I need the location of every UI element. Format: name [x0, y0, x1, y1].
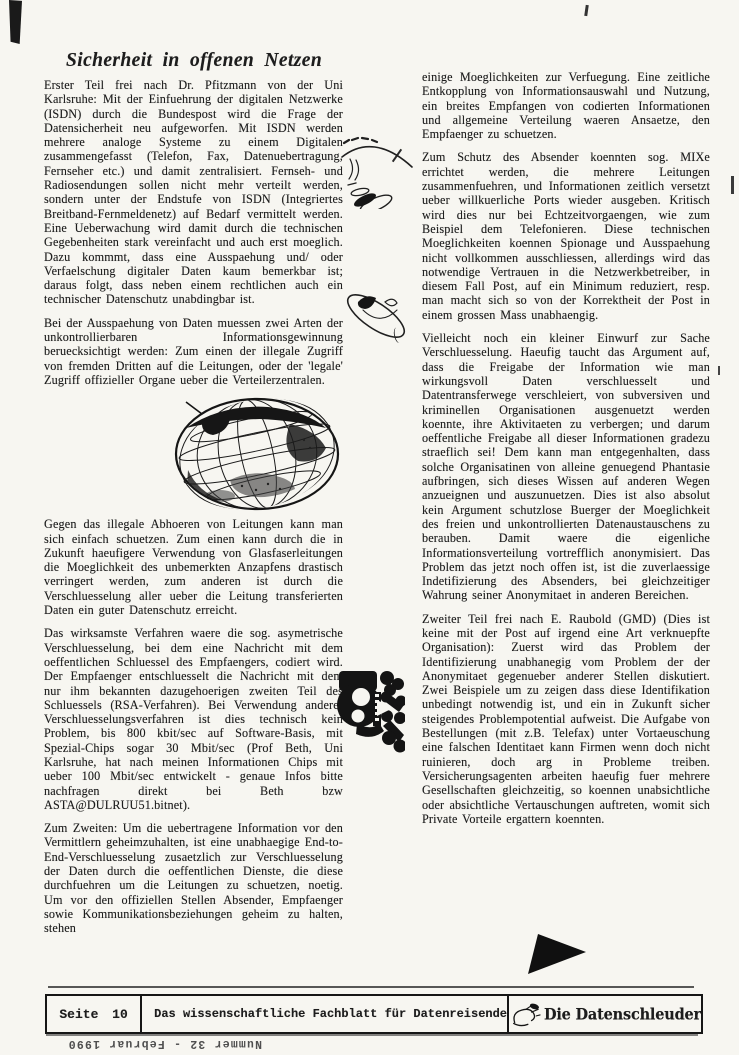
footer-tagline: Das wissenschaftliche Fachblatt für Date…: [142, 996, 507, 1032]
paragraph: Erster Teil frei nach Dr. Pfitzmann von …: [44, 78, 343, 307]
right-column: einige Moeglichkeiten zur Verfuegung. Ei…: [422, 70, 710, 835]
globe-illustration: [172, 396, 342, 512]
skull-crossbones-icon: [335, 670, 405, 754]
page-number: Seite 10: [47, 996, 142, 1032]
footer-bar: Seite 10 Das wissenschaftliche Fachblatt…: [45, 994, 703, 1034]
scan-artifact: [9, 0, 22, 44]
oval-doodle-icon: [345, 288, 409, 346]
arrow-right-icon: [528, 934, 586, 974]
scan-artifact: [718, 366, 720, 375]
footer-rule-top: [48, 986, 694, 988]
paragraph: einige Moeglichkeiten zur Verfuegung. Ei…: [422, 70, 710, 141]
magazine-logo: Die Datenschleuder: [507, 996, 701, 1032]
scan-artifact: [584, 5, 589, 16]
paragraph: Vielleicht noch ein kleiner Einwurf zur …: [422, 331, 710, 603]
hand-sling-icon: [509, 1001, 541, 1027]
paragraph: Zweiter Teil frei nach E. Raubold (GMD) …: [422, 612, 710, 826]
issue-margin-note: Nummer 32 - Februar 1990: [24, 1037, 262, 1050]
scan-artifact: [731, 176, 734, 194]
paragraph: Gegen das illegale Abhoeren von Leitunge…: [44, 517, 343, 617]
paragraph: Bei der Ausspaehung von Daten muessen zw…: [44, 316, 343, 387]
paragraph: Zum Zweiten: Um die uebertragene Informa…: [44, 821, 343, 935]
flying-doodle-icon: [338, 131, 414, 209]
scanned-newsletter-page: Sicherheit in offenen Netzen Erster Teil…: [0, 0, 739, 1055]
footer-rule-bottom: [46, 1034, 698, 1036]
page-title: Sicherheit in offenen Netzen: [66, 50, 322, 72]
paragraph: Das wirksamste Verfahren waere die sog. …: [44, 626, 343, 812]
logo-text: Die Datenschleuder: [544, 1005, 701, 1023]
globe-icon: [172, 396, 342, 512]
left-column: Erster Teil frei nach Dr. Pfitzmann von …: [44, 78, 343, 945]
paragraph: Zum Schutz des Absender koennten sog. MI…: [422, 150, 710, 322]
